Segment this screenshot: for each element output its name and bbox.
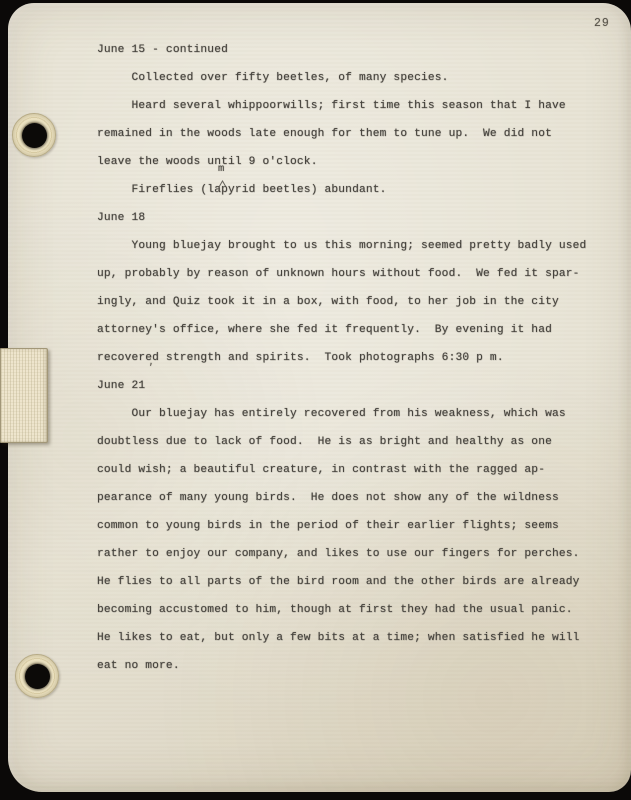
typewritten-line: leave the woods until 9 o'clock. [97, 148, 597, 176]
typewritten-line: could wish; a beautiful creature, in con… [97, 456, 597, 484]
typewritten-line: attorney's office, where she fed it freq… [97, 316, 597, 344]
typewritten-line: becoming accustomed to him, though at fi… [97, 596, 597, 624]
caret-insertion-mark [218, 180, 227, 187]
typed-insertion-m: m [218, 163, 224, 175]
journal-page: 29 June 15 - continued Collected over fi… [8, 3, 631, 792]
punch-hole-bottom-opening [25, 664, 50, 689]
punch-hole-top [12, 113, 56, 157]
typewritten-line: up, probably by reason of unknown hours … [97, 260, 597, 288]
typewritten-line: He likes to eat, but only a few bits at … [97, 624, 597, 652]
typewritten-line: June 18 [97, 204, 597, 232]
typewritten-line: Heard several whippoorwills; first time … [97, 92, 597, 120]
typewritten-lines: June 15 - continued Collected over fifty… [97, 36, 597, 680]
typewritten-line: Fireflies (lapyrid beetles) abundant. [97, 176, 597, 204]
typewritten-line: Collected over fifty beetles, of many sp… [97, 64, 597, 92]
typewritten-line: Our bluejay has entirely recovered from … [97, 400, 597, 428]
typewritten-line: recovered strength and spirits. Took pho… [97, 344, 597, 372]
typewritten-line: June 21 [97, 372, 597, 400]
scanned-journal-document: { "document": { "page_number": "29", "li… [0, 0, 631, 800]
fabric-index-tab [0, 348, 48, 443]
page-number: 29 [594, 17, 610, 30]
typewritten-line: doubtless due to lack of food. He is as … [97, 428, 597, 456]
typewritten-line: eat no more. [97, 652, 597, 680]
scan-background: 29 June 15 - continued Collected over fi… [0, 0, 631, 800]
punch-hole-bottom [15, 654, 59, 698]
punch-hole-top-opening [22, 123, 47, 148]
typewritten-line: He flies to all parts of the bird room a… [97, 568, 597, 596]
typewritten-line: rather to enjoy our company, and likes t… [97, 540, 597, 568]
typewritten-line: ingly, and Quiz took it in a box, with f… [97, 288, 597, 316]
typewritten-line: remained in the woods late enough for th… [97, 120, 597, 148]
typewritten-line: pearance of many young birds. He does no… [97, 484, 597, 512]
typewritten-line: common to young birds in the period of t… [97, 512, 597, 540]
typewritten-line: Young bluejay brought to us this morning… [97, 232, 597, 260]
typewritten-line: June 15 - continued [97, 36, 597, 64]
